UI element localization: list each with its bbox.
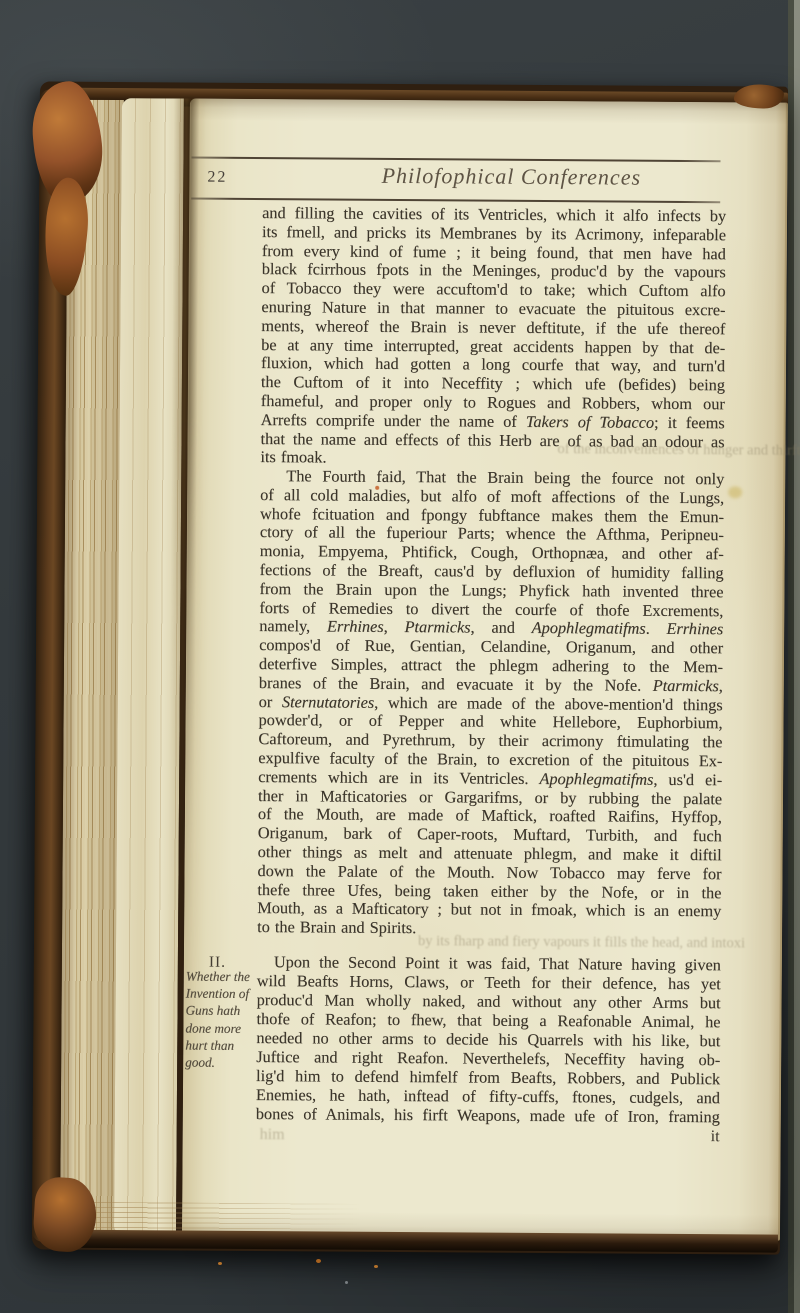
photo-of-book-page: 22 Philofophical Conferences and filling… [0, 0, 800, 1313]
text-line: done more [185, 1019, 263, 1037]
paragraph-fourth-speaker: The Fourth faid, That the Brain being th… [257, 467, 724, 940]
show-through-text-1: of the inconveniences of hunger and thir… [557, 441, 800, 460]
show-through-text-3: him [260, 1126, 285, 1144]
show-through-text-2: by its fharp and fiery vapours it fills … [418, 933, 745, 952]
running-title: Philofophical Conferences [375, 163, 647, 191]
paragraph-second-point: Upon the Second Point it was faid, That … [256, 952, 721, 1126]
debris-speck [374, 1265, 378, 1268]
debris-speck [316, 1259, 321, 1263]
text-line: Guns hath [185, 1002, 263, 1020]
text-line: good. [185, 1053, 263, 1071]
text-line: Whether the [186, 968, 264, 986]
book-wrapper: 22 Philofophical Conferences and filling… [0, 0, 800, 1313]
dust-speck [345, 1281, 348, 1284]
catchword: it [520, 1125, 720, 1146]
page-number: 22 [207, 169, 227, 187]
page-stain-yellow [728, 486, 742, 498]
header-rule-top [191, 157, 720, 163]
printed-page-content: 22 Philofophical Conferences and filling… [0, 0, 800, 1313]
text-line: hurt than [185, 1036, 263, 1054]
margin-note: Whether theInvention ofGuns hathdone mor… [185, 968, 264, 1072]
paragraph-tobacco-continuation: and filling the cavities of its Ventricl… [260, 204, 726, 470]
text-line: Invention of [186, 985, 264, 1003]
debris-speck [218, 1262, 222, 1265]
text-line: bones of Animals, his firft Weapons, mad… [256, 1104, 720, 1126]
